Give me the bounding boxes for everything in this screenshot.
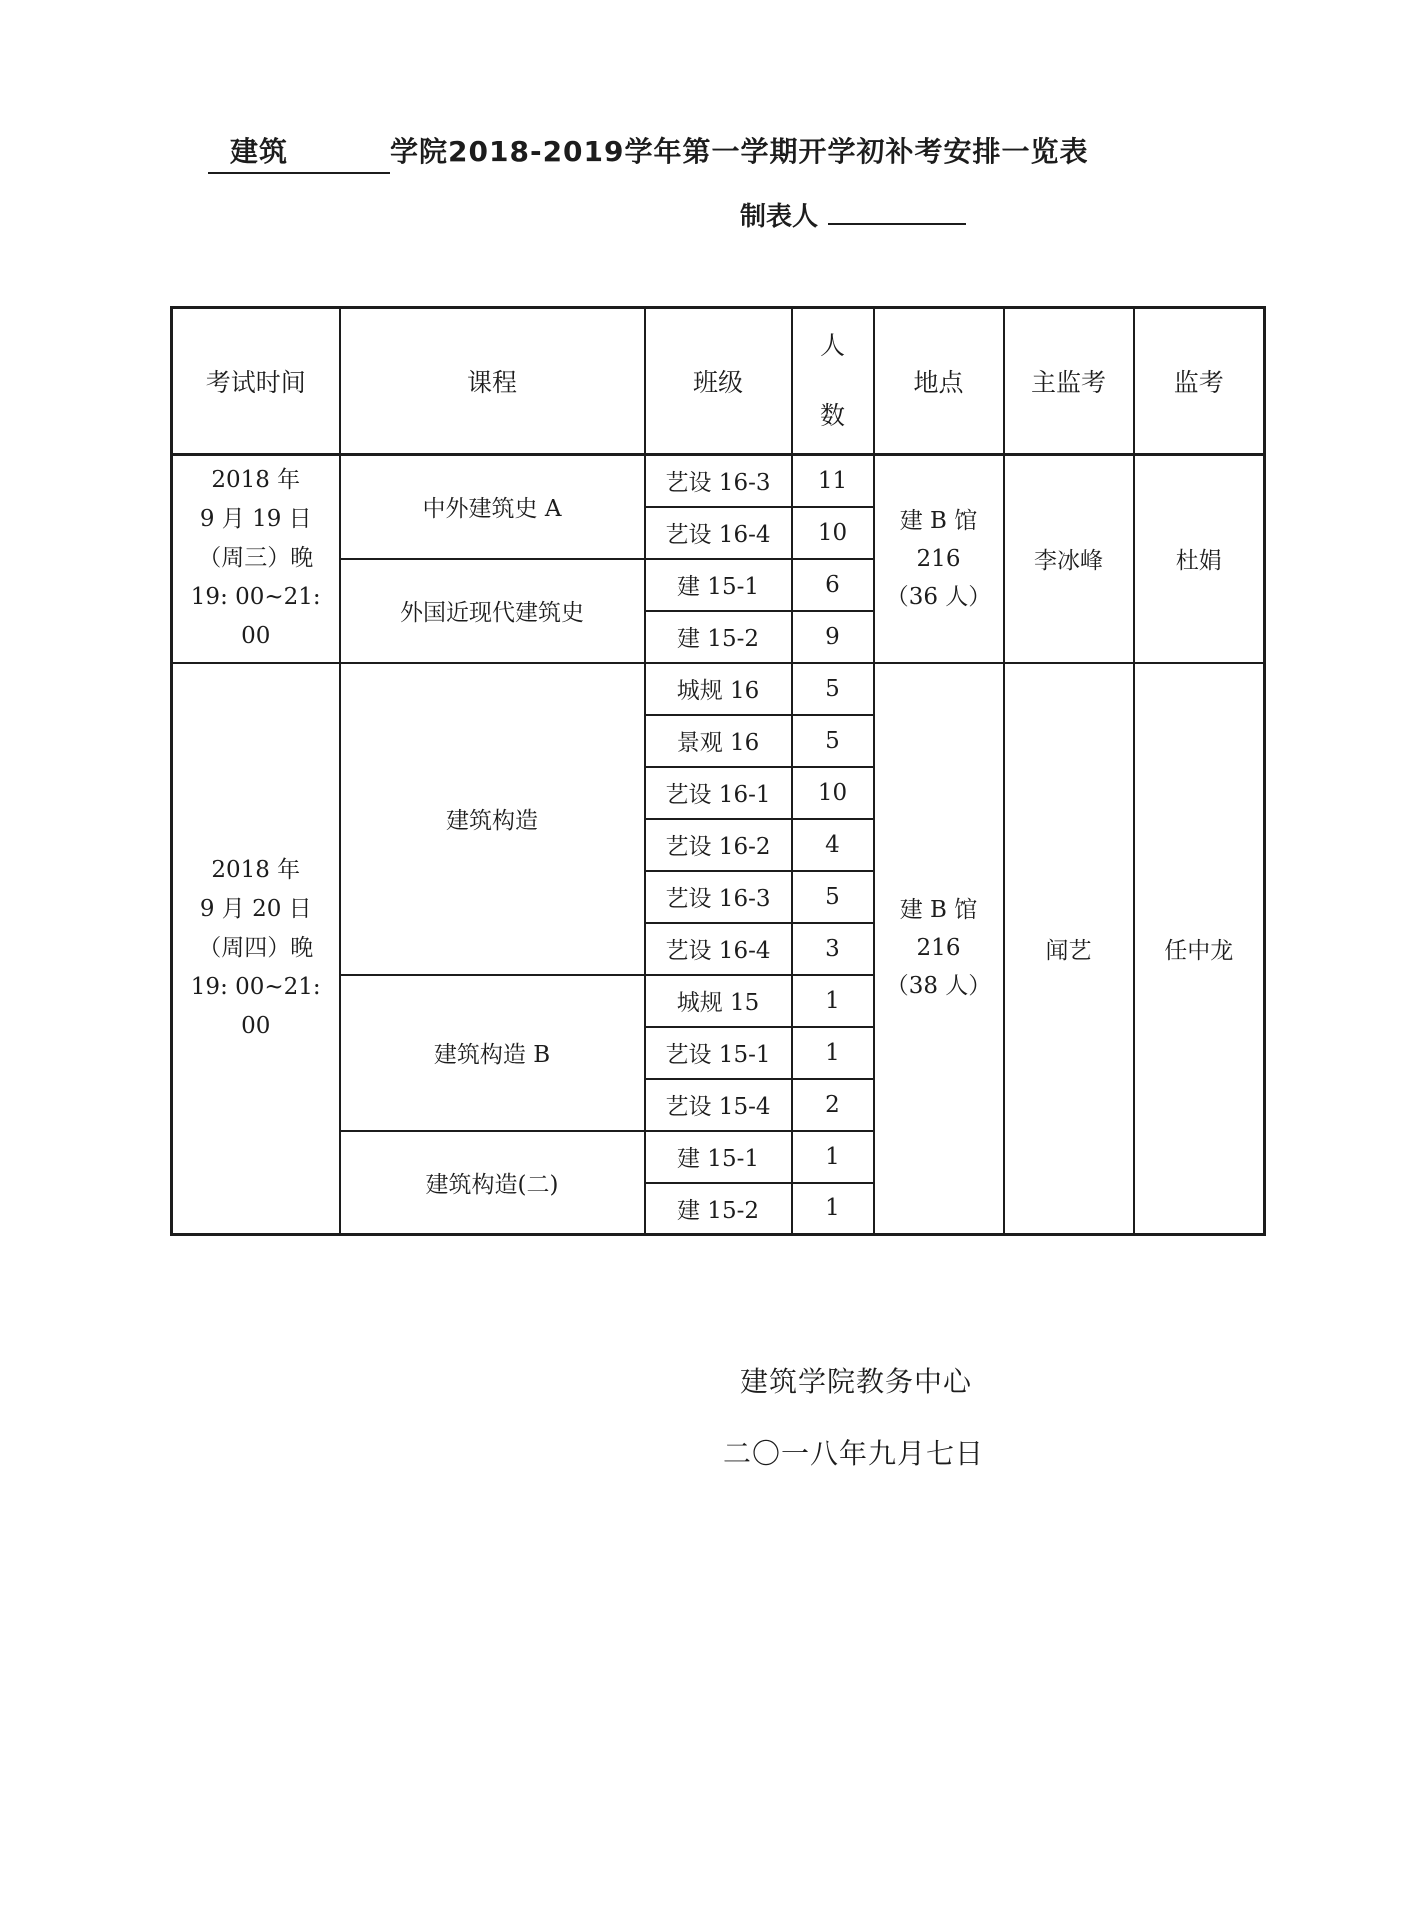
title-rest: 学院2018-2019学年第一学期开学初补考安排一览表 [390, 135, 1088, 168]
class-cell: 建 15-2 [645, 611, 792, 663]
course-cell: 中外建筑史 A [340, 455, 645, 559]
class-cell: 景观 16 [645, 715, 792, 767]
header-location: 地点 [874, 308, 1004, 455]
title-college-blank: 建筑 [208, 130, 390, 174]
location-line: 建 B 馆 [875, 502, 1003, 540]
chief-invigilator-group1: 李冰峰 [1004, 455, 1134, 663]
location-line: （38 人） [875, 967, 1003, 1005]
course-cell: 建筑构造 B [340, 975, 645, 1131]
count-cell: 5 [792, 663, 874, 715]
header-count-line2: 数 [793, 381, 873, 451]
exam-time-group1: 2018 年 9 月 19 日 （周三）晚 19: 00~21: 00 [172, 455, 340, 663]
location-line: 216 [875, 540, 1003, 578]
time-line: 2018 年 [173, 851, 339, 890]
header-exam-time: 考试时间 [172, 308, 340, 455]
location-group2: 建 B 馆 216 （38 人） [874, 663, 1004, 1235]
count-cell: 6 [792, 559, 874, 611]
footer-department: 建筑学院教务中心 [740, 1360, 972, 1400]
count-cell: 11 [792, 455, 874, 507]
location-line: 建 B 馆 [875, 891, 1003, 929]
class-cell: 城规 16 [645, 663, 792, 715]
header-class: 班级 [645, 308, 792, 455]
header-course: 课程 [340, 308, 645, 455]
count-cell: 1 [792, 975, 874, 1027]
table-maker-blank-underline [828, 197, 966, 225]
footer-date: 二〇一八年九月七日 [723, 1432, 984, 1472]
header-invigilator: 监考 [1134, 308, 1265, 455]
time-line: 9 月 20 日 [173, 890, 339, 929]
class-cell: 艺设 16-1 [645, 767, 792, 819]
time-line: （周四）晚 [173, 929, 339, 968]
title-college-name: 建筑 [230, 135, 288, 168]
table-maker-label: 制表人 [740, 202, 818, 232]
exam-time-group2: 2018 年 9 月 20 日 （周四）晚 19: 00~21: 00 [172, 663, 340, 1235]
class-cell: 艺设 15-1 [645, 1027, 792, 1079]
count-cell: 3 [792, 923, 874, 975]
chief-invigilator-group2: 闻艺 [1004, 663, 1134, 1235]
count-cell: 4 [792, 819, 874, 871]
invigilator-group1: 杜娟 [1134, 455, 1265, 663]
count-cell: 1 [792, 1027, 874, 1079]
page-title: 建筑学院2018-2019学年第一学期开学初补考安排一览表 [208, 130, 1089, 174]
time-line: 9 月 19 日 [173, 500, 339, 539]
course-cell: 外国近现代建筑史 [340, 559, 645, 663]
invigilator-group2: 任中龙 [1134, 663, 1265, 1235]
time-line: 19: 00~21: 00 [173, 968, 339, 1046]
table-row: 2018 年 9 月 19 日 （周三）晚 19: 00~21: 00 中外建筑… [172, 455, 1265, 507]
header-count-line1: 人 [793, 311, 873, 381]
count-cell: 10 [792, 767, 874, 819]
class-cell: 城规 15 [645, 975, 792, 1027]
time-line: 19: 00~21: 00 [173, 578, 339, 656]
count-cell: 10 [792, 507, 874, 559]
class-cell: 艺设 15-4 [645, 1079, 792, 1131]
class-cell: 建 15-1 [645, 559, 792, 611]
count-cell: 5 [792, 715, 874, 767]
class-cell: 艺设 16-3 [645, 455, 792, 507]
course-cell: 建筑构造(二) [340, 1131, 645, 1235]
header-count: 人 数 [792, 308, 874, 455]
class-cell: 艺设 16-4 [645, 507, 792, 559]
class-cell: 艺设 16-2 [645, 819, 792, 871]
count-cell: 1 [792, 1183, 874, 1235]
location-line: 216 [875, 929, 1003, 967]
table-row: 2018 年 9 月 20 日 （周四）晚 19: 00~21: 00 建筑构造… [172, 663, 1265, 715]
count-cell: 2 [792, 1079, 874, 1131]
location-group1: 建 B 馆 216 （36 人） [874, 455, 1004, 663]
count-cell: 9 [792, 611, 874, 663]
class-cell: 艺设 16-4 [645, 923, 792, 975]
time-line: 2018 年 [173, 461, 339, 500]
count-cell: 1 [792, 1131, 874, 1183]
class-cell: 建 15-1 [645, 1131, 792, 1183]
table-maker-line: 制表人 [740, 196, 966, 233]
exam-schedule-table: 考试时间 课程 班级 人 数 地点 主监考 监考 2018 年 9 月 19 日… [170, 306, 1266, 1236]
time-line: （周三）晚 [173, 539, 339, 578]
count-cell: 5 [792, 871, 874, 923]
document-page: 建筑学院2018-2019学年第一学期开学初补考安排一览表 制表人 考试时间 课… [0, 0, 1423, 1925]
class-cell: 建 15-2 [645, 1183, 792, 1235]
class-cell: 艺设 16-3 [645, 871, 792, 923]
course-cell: 建筑构造 [340, 663, 645, 975]
table-header-row: 考试时间 课程 班级 人 数 地点 主监考 监考 [172, 308, 1265, 455]
location-line: （36 人） [875, 578, 1003, 616]
header-chief-invigilator: 主监考 [1004, 308, 1134, 455]
